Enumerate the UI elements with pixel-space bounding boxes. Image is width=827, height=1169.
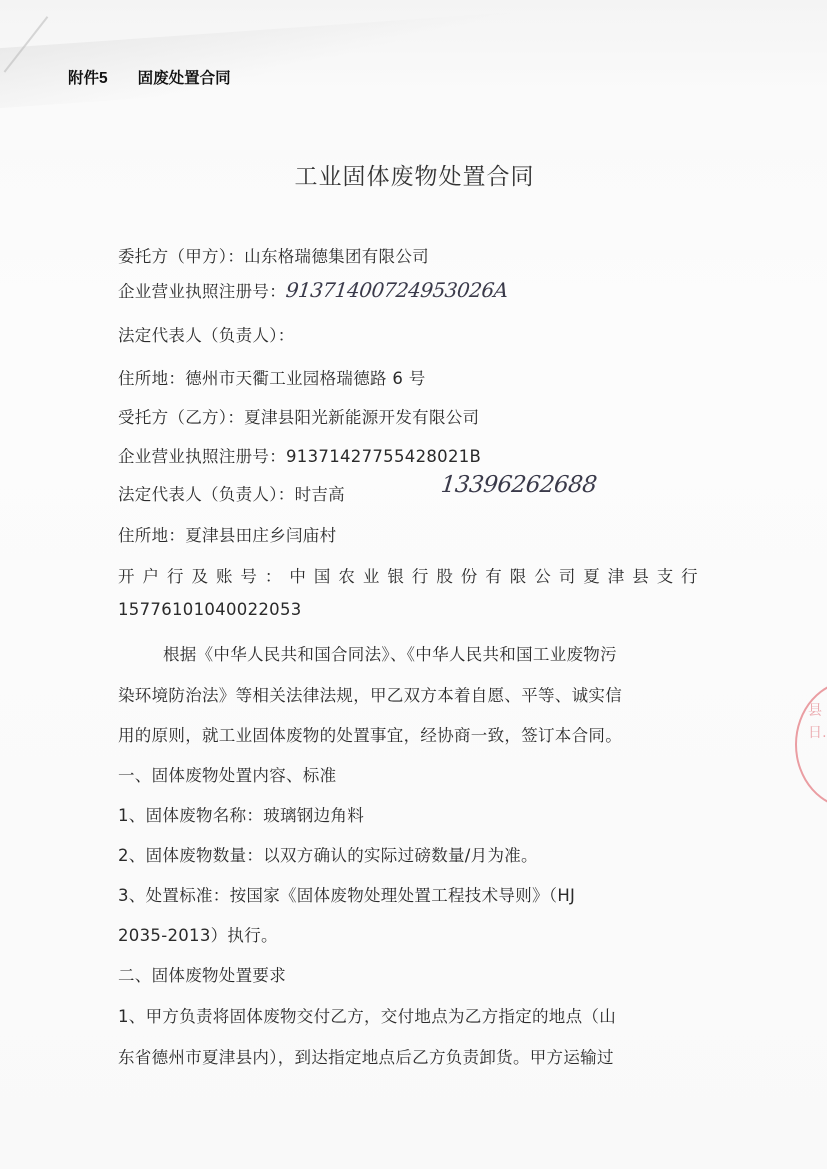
party-b-license-label: 企业营业执照注册号： bbox=[118, 447, 286, 466]
section-2-item-1: 1、甲方负责将固体废物交付乙方，交付地点为乙方指定的地点（山 bbox=[118, 1003, 616, 1027]
preamble-line-1: 根据《中华人民共和国合同法》、《中华人民共和国工业废物污 bbox=[163, 641, 617, 665]
party-a-license-handwritten: 91371400724953026A bbox=[285, 278, 509, 302]
section-1-heading: 一、固体废物处置内容、标准 bbox=[118, 762, 336, 786]
section-2-heading: 二、固体废物处置要求 bbox=[118, 962, 286, 986]
preamble-line-2: 染环境防治法》等相关法律法规，甲乙双方本着自愿、平等、诚实信 bbox=[118, 682, 622, 706]
party-a-address-line: 住所地：德州市天衢工业园格瑞德路 6 号 bbox=[118, 365, 426, 389]
party-b-address: 夏津县田庄乡闫庙村 bbox=[185, 526, 336, 545]
party-b-rep-line: 法定代表人（负责人）：时吉高 bbox=[118, 481, 345, 505]
document-title: 工业固体废物处置合同 bbox=[0, 158, 827, 191]
annex-header: 附件5固废处置合同 bbox=[68, 66, 231, 88]
party-a-address-label: 住所地： bbox=[118, 369, 185, 388]
party-a-name: 山东格瑞德集团有限公司 bbox=[244, 247, 429, 266]
paper-crease bbox=[4, 16, 71, 90]
section-1-item-2: 2、固体废物数量：以双方确认的实际过磅数量/月为准。 bbox=[118, 842, 538, 866]
party-b-bank-line: 开户行及账号：中国农业银行股份有限公司夏津县支行 bbox=[118, 563, 704, 587]
party-b-license-line: 企业营业执照注册号：91371427755428021B bbox=[118, 443, 481, 467]
party-a-rep-line: 法定代表人（负责人）： bbox=[118, 322, 295, 346]
party-a-label: 委托方（甲方）： bbox=[118, 247, 244, 266]
party-b-label: 受托方（乙方）： bbox=[118, 408, 244, 427]
party-b-name: 夏津县阳光新能源开发有限公司 bbox=[244, 408, 479, 427]
party-a-rep-label: 法定代表人（负责人）： bbox=[118, 326, 295, 345]
section-1-item-3: 3、处置标准：按国家《固体废物处理处置工程技术导则》（HJ bbox=[118, 882, 575, 906]
red-seal-text: 县日… bbox=[808, 700, 824, 744]
document-page: 附件5固废处置合同 工业固体废物处置合同 委托方（甲方）：山东格瑞德集团有限公司… bbox=[0, 0, 827, 1169]
party-b-phone-handwritten: 13396262688 bbox=[440, 472, 598, 498]
party-b-address-line: 住所地：夏津县田庄乡闫庙村 bbox=[118, 522, 336, 546]
section-2-item-1-cont: 东省德州市夏津县内），到达指定地点后乙方负责卸货。甲方运输过 bbox=[118, 1044, 614, 1068]
annex-label: 附件5 bbox=[68, 70, 108, 87]
party-a-line: 委托方（甲方）：山东格瑞德集团有限公司 bbox=[118, 243, 429, 267]
party-b-bank-name: 中国农业银行股份有限公司夏津县支行 bbox=[289, 567, 704, 586]
party-b-account-no: 15776101040022053 bbox=[118, 600, 302, 619]
section-1-item-1: 1、固体废物名称：玻璃钢边角料 bbox=[118, 802, 364, 826]
section-1-item-3-cont: 2035-2013）执行。 bbox=[118, 922, 278, 946]
party-b-line: 受托方（乙方）：夏津县阳光新能源开发有限公司 bbox=[118, 404, 479, 428]
party-a-license-line: 企业营业执照注册号：91371400724953026A bbox=[118, 278, 508, 302]
party-b-account-line: 15776101040022053 bbox=[118, 600, 302, 619]
party-a-license-label: 企业营业执照注册号： bbox=[118, 282, 286, 301]
paper-fold-shadow bbox=[0, 12, 520, 108]
party-b-rep-label: 法定代表人（负责人）： bbox=[118, 485, 295, 504]
party-b-bank-label: 开户行及账号： bbox=[118, 567, 289, 586]
preamble-line-3: 用的原则，就工业固体废物的处置事宜，经协商一致，签订本合同。 bbox=[118, 722, 622, 746]
annex-title: 固废处置合同 bbox=[138, 70, 231, 87]
party-b-license-no: 91371427755428021B bbox=[286, 447, 481, 466]
party-b-rep-name: 时吉高 bbox=[295, 485, 345, 504]
party-a-address: 德州市天衢工业园格瑞德路 6 号 bbox=[185, 369, 425, 388]
party-b-address-label: 住所地： bbox=[118, 526, 185, 545]
